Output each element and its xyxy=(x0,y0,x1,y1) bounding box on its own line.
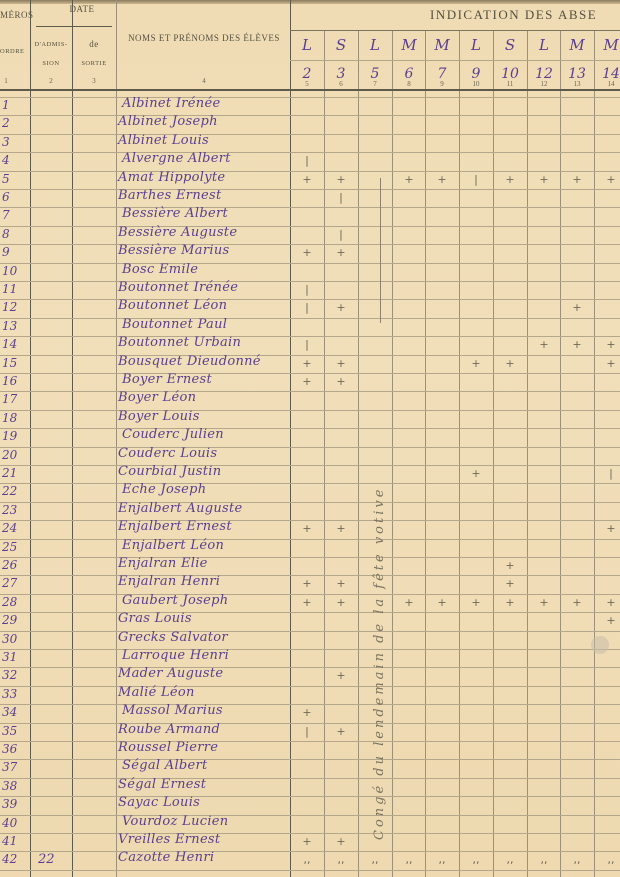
absence-col-number: 9 xyxy=(425,80,459,88)
col-number-2: 2 xyxy=(30,77,72,85)
absence-cross-mark: + xyxy=(594,338,620,351)
ditto-mark: ,, xyxy=(459,853,493,866)
absence-cross-mark: + xyxy=(527,596,561,609)
absence-cross-mark: + xyxy=(560,338,594,351)
absence-cross-mark: + xyxy=(560,301,594,314)
student-name: Albinet Joseph xyxy=(118,114,218,129)
numeros-header: MÉROS xyxy=(0,10,30,20)
col-number-1: 1 xyxy=(0,77,12,85)
row-rule xyxy=(0,465,620,466)
row-rule xyxy=(0,612,620,613)
absence-cross-mark: + xyxy=(527,173,561,186)
student-name: Roube Armand xyxy=(118,722,220,737)
row-rule xyxy=(0,502,620,503)
student-name: Enjalbert Auguste xyxy=(118,501,243,516)
absence-tick-mark: | xyxy=(290,338,324,351)
admission-date: 22 xyxy=(38,852,55,867)
student-number: 19 xyxy=(2,429,17,443)
student-name: Eche Joseph xyxy=(122,482,206,497)
absence-cross-mark: + xyxy=(324,596,358,609)
absence-col-number: 12 xyxy=(527,80,561,88)
student-name: Bessière Auguste xyxy=(118,225,237,240)
column-divider xyxy=(72,0,73,877)
student-number: 23 xyxy=(2,503,17,517)
student-name: Enjalran Elie xyxy=(118,556,208,571)
absence-column-divider xyxy=(358,30,359,877)
absence-cross-mark: + xyxy=(290,596,324,609)
absence-cross-mark: + xyxy=(459,467,493,480)
sortie-header-2: SORTIE xyxy=(72,60,116,67)
absence-cross-mark: + xyxy=(324,301,358,314)
student-name: Sayac Louis xyxy=(118,795,200,810)
row-rule xyxy=(0,870,620,871)
student-name: Alvergne Albert xyxy=(122,151,231,166)
absence-weekday: S xyxy=(324,36,358,54)
absence-cross-mark: + xyxy=(290,706,324,719)
absence-weekday: L xyxy=(358,36,392,54)
absence-column-divider xyxy=(527,30,528,877)
absence-cross-mark: + xyxy=(290,522,324,535)
student-number: 25 xyxy=(2,540,17,554)
absence-cross-mark: + xyxy=(425,173,459,186)
absence-tick-mark: | xyxy=(594,467,620,480)
student-name: Gras Louis xyxy=(118,611,192,626)
absence-cross-mark: + xyxy=(324,246,358,259)
student-name: Albinet Irénée xyxy=(122,96,220,111)
row-rule xyxy=(0,759,620,760)
absence-tick-mark: | xyxy=(324,191,358,204)
column-divider xyxy=(30,0,31,877)
row-rule xyxy=(0,263,620,264)
student-number: 38 xyxy=(2,779,17,793)
student-number: 12 xyxy=(2,300,17,314)
student-name: Albinet Louis xyxy=(118,133,209,148)
absence-weekday: L xyxy=(290,36,324,54)
student-name: Cazotte Henri xyxy=(118,850,214,865)
row-rule xyxy=(0,520,620,521)
absence-cross-mark: + xyxy=(290,577,324,590)
absence-weekday: M xyxy=(392,36,426,54)
absence-tick-mark: | xyxy=(324,228,358,241)
row-rule xyxy=(0,631,620,632)
absence-cross-mark: + xyxy=(493,357,527,370)
absence-cross-mark: + xyxy=(527,338,561,351)
student-name: Enjalbert Léon xyxy=(122,538,224,553)
student-number: 33 xyxy=(2,687,17,701)
absence-header-rule xyxy=(290,30,620,31)
row-rule xyxy=(0,723,620,724)
row-rule xyxy=(0,299,620,300)
ditto-mark: ,, xyxy=(493,853,527,866)
absence-cross-mark: + xyxy=(493,559,527,572)
student-name: Massol Marius xyxy=(122,703,223,718)
student-number: 18 xyxy=(2,411,17,425)
student-name: Boutonnet Irénée xyxy=(118,280,238,295)
absence-col-number: 6 xyxy=(324,80,358,88)
ditto-mark: ,, xyxy=(290,853,324,866)
absence-weekday: S xyxy=(493,36,527,54)
absence-cross-mark: + xyxy=(392,173,426,186)
row-rule xyxy=(0,171,620,172)
student-name: Boyer Louis xyxy=(118,409,200,424)
row-rule xyxy=(0,575,620,576)
absence-cross-mark: + xyxy=(290,835,324,848)
header-bottom-rule xyxy=(0,89,620,91)
absence-cross-mark: + xyxy=(493,173,527,186)
column-divider xyxy=(116,0,117,877)
student-number: 6 xyxy=(2,190,10,204)
absence-column-divider xyxy=(560,30,561,877)
student-number: 15 xyxy=(2,356,17,370)
absence-weekday: M xyxy=(560,36,594,54)
absence-column-divider xyxy=(594,30,595,877)
absence-tick-mark: | xyxy=(290,154,324,167)
admission-header-2: SION xyxy=(30,60,72,67)
student-number: 22 xyxy=(2,484,17,498)
student-name: Mader Auguste xyxy=(118,666,223,681)
row-rule xyxy=(0,741,620,742)
student-number: 31 xyxy=(2,650,17,664)
student-name: Courbial Justin xyxy=(118,464,221,479)
row-rule xyxy=(0,373,620,374)
row-rule xyxy=(0,557,620,558)
row-rule xyxy=(0,97,620,98)
row-rule xyxy=(0,483,620,484)
admission-header-1: D'ADMIS- xyxy=(30,41,72,48)
student-name: Barthes Ernest xyxy=(118,188,221,203)
absence-cross-mark: + xyxy=(493,596,527,609)
absence-cross-mark: + xyxy=(392,596,426,609)
row-rule xyxy=(0,833,620,834)
student-number: 29 xyxy=(2,613,17,627)
row-rule xyxy=(0,594,620,595)
student-number: 42 xyxy=(2,852,17,866)
student-number: 36 xyxy=(2,742,17,756)
row-rule xyxy=(0,686,620,687)
student-name: Grecks Salvator xyxy=(118,630,228,645)
absence-cross-mark: + xyxy=(290,246,324,259)
absence-col-number: 8 xyxy=(392,80,426,88)
absence-cross-mark: + xyxy=(594,173,620,186)
student-number: 39 xyxy=(2,797,17,811)
absence-col-number: 13 xyxy=(560,80,594,88)
student-name: Boyer Léon xyxy=(118,390,196,405)
student-name: Vreilles Ernest xyxy=(118,832,220,847)
row-rule xyxy=(0,134,620,135)
row-rule xyxy=(0,815,620,816)
row-rule xyxy=(0,778,620,779)
row-rule xyxy=(0,152,620,153)
student-number: 41 xyxy=(2,834,17,848)
absence-column-divider xyxy=(392,30,393,877)
absence-col-number: 11 xyxy=(493,80,527,88)
absence-cross-mark: + xyxy=(459,596,493,609)
ditto-mark: ,, xyxy=(425,853,459,866)
row-rule xyxy=(0,428,620,429)
absence-cross-mark: + xyxy=(324,375,358,388)
absence-cross-mark: + xyxy=(324,357,358,370)
student-number: 34 xyxy=(2,705,17,719)
student-number: 40 xyxy=(2,816,17,830)
row-rule xyxy=(0,447,620,448)
row-rule xyxy=(0,115,620,116)
vertical-annotation: Congé du lendemain de la fête votive xyxy=(372,487,387,840)
row-rule xyxy=(0,391,620,392)
ordre-header: ORDRE xyxy=(0,48,24,55)
absence-cross-mark: + xyxy=(594,596,620,609)
absence-cross-mark: + xyxy=(459,357,493,370)
student-name: Bessière Marius xyxy=(118,243,229,258)
absence-subheader-rule xyxy=(290,60,620,61)
row-rule xyxy=(0,226,620,227)
absence-tick-mark: | xyxy=(290,725,324,738)
row-rule xyxy=(0,355,620,356)
student-name: Enjalbert Ernest xyxy=(118,519,232,534)
student-name: Enjalran Henri xyxy=(118,574,220,589)
student-name: Bousquet Dieudonné xyxy=(118,354,261,369)
ditto-mark: ,, xyxy=(594,853,620,866)
student-name: Boyer Ernest xyxy=(122,372,212,387)
register-page: MÉROS ORDRE DATE D'ADMIS- SION de SORTIE… xyxy=(0,0,620,877)
absence-cross-mark: + xyxy=(594,357,620,370)
student-number: 27 xyxy=(2,576,17,590)
student-number: 2 xyxy=(2,116,10,130)
absence-cross-mark: + xyxy=(594,614,620,627)
absence-column-divider xyxy=(425,30,426,877)
student-name: Couderc Louis xyxy=(118,446,217,461)
row-rule xyxy=(0,704,620,705)
absence-tick-mark: | xyxy=(290,283,324,296)
absence-weekday: L xyxy=(459,36,493,54)
paper-stain xyxy=(591,636,609,654)
student-name: Gaubert Joseph xyxy=(122,593,228,608)
student-name: Boutonnet Paul xyxy=(122,317,227,332)
row-rule xyxy=(0,336,620,337)
row-rule xyxy=(0,796,620,797)
student-number: 16 xyxy=(2,374,17,388)
absence-cross-mark: + xyxy=(324,725,358,738)
absence-cross-mark: + xyxy=(594,522,620,535)
col-number-3: 3 xyxy=(72,77,116,85)
row-rule xyxy=(0,410,620,411)
student-number: 28 xyxy=(2,595,17,609)
student-number: 11 xyxy=(2,282,17,296)
row-rule xyxy=(0,244,620,245)
student-name: Boutonnet Urbain xyxy=(118,335,241,350)
absence-header: INDICATION DES ABSE xyxy=(430,7,620,23)
student-number: 35 xyxy=(2,724,17,738)
student-name: Bessière Albert xyxy=(122,206,228,221)
absence-cross-mark: + xyxy=(290,173,324,186)
column-divider xyxy=(290,0,291,877)
student-number: 17 xyxy=(2,392,17,406)
student-name: Bosc Emile xyxy=(122,262,198,277)
col-number-4: 4 xyxy=(118,77,290,85)
ditto-mark: ,, xyxy=(527,853,561,866)
absence-cross-mark: + xyxy=(425,596,459,609)
ditto-mark: ,, xyxy=(392,853,426,866)
student-name: Couderc Julien xyxy=(122,427,224,442)
ditto-mark: ,, xyxy=(324,853,358,866)
absence-cross-mark: + xyxy=(493,577,527,590)
student-name: Ségal Albert xyxy=(122,758,208,773)
student-number: 5 xyxy=(2,172,10,186)
annotation-bracket xyxy=(380,178,381,323)
absence-weekday: M xyxy=(425,36,459,54)
student-name: Roussel Pierre xyxy=(118,740,218,755)
absence-column-divider xyxy=(493,30,494,877)
absence-col-number: 10 xyxy=(459,80,493,88)
student-name: Ségal Ernest xyxy=(118,777,206,792)
row-rule xyxy=(0,649,620,650)
student-number: 20 xyxy=(2,448,17,462)
absence-column-divider xyxy=(459,30,460,877)
student-name: Amat Hippolyte xyxy=(118,170,225,185)
absence-cross-mark: + xyxy=(290,375,324,388)
names-header: NOMS ET PRÉNOMS DES ÉLÈVES xyxy=(118,33,290,43)
student-number: 4 xyxy=(2,153,10,167)
absence-cross-mark: + xyxy=(324,173,358,186)
absence-weekday: L xyxy=(527,36,561,54)
absence-column-divider xyxy=(324,30,325,877)
student-number: 8 xyxy=(2,227,10,241)
absence-cross-mark: + xyxy=(324,522,358,535)
student-number: 10 xyxy=(2,264,17,278)
student-number: 26 xyxy=(2,558,17,572)
student-number: 14 xyxy=(2,337,17,351)
row-rule xyxy=(0,207,620,208)
absence-col-number: 14 xyxy=(594,80,620,88)
student-name: Boutonnet Léon xyxy=(118,298,227,313)
absence-weekday: M xyxy=(594,36,620,54)
row-rule xyxy=(0,667,620,668)
student-number: 13 xyxy=(2,319,17,333)
row-rule xyxy=(0,851,620,852)
absence-cross-mark: + xyxy=(324,835,358,848)
absence-tick-mark: | xyxy=(290,301,324,314)
student-name: Malié Léon xyxy=(118,685,195,700)
student-number: 1 xyxy=(2,98,10,112)
student-name: Vourdoz Lucien xyxy=(122,814,228,829)
row-rule xyxy=(0,539,620,540)
absence-tick-mark: | xyxy=(459,173,493,186)
student-number: 21 xyxy=(2,466,17,480)
row-rule xyxy=(0,189,620,190)
absence-cross-mark: + xyxy=(324,669,358,682)
student-number: 9 xyxy=(2,245,10,259)
absence-col-number: 5 xyxy=(290,80,324,88)
absence-cross-mark: + xyxy=(560,173,594,186)
student-number: 30 xyxy=(2,632,17,646)
ditto-mark: ,, xyxy=(560,853,594,866)
absence-cross-mark: + xyxy=(290,357,324,370)
student-name: Larroque Henri xyxy=(122,648,229,663)
row-rule xyxy=(0,281,620,282)
student-number: 32 xyxy=(2,668,17,682)
student-number: 7 xyxy=(2,208,10,222)
absence-col-number: 7 xyxy=(358,80,392,88)
student-number: 3 xyxy=(2,135,10,149)
date-header: DATE xyxy=(52,4,112,14)
row-rule xyxy=(0,318,620,319)
student-number: 24 xyxy=(2,521,17,535)
student-number: 37 xyxy=(2,760,17,774)
sortie-header-1: de xyxy=(72,39,116,49)
date-rule xyxy=(36,26,112,27)
absence-cross-mark: + xyxy=(324,577,358,590)
ditto-mark: ,, xyxy=(358,853,392,866)
absence-cross-mark: + xyxy=(560,596,594,609)
